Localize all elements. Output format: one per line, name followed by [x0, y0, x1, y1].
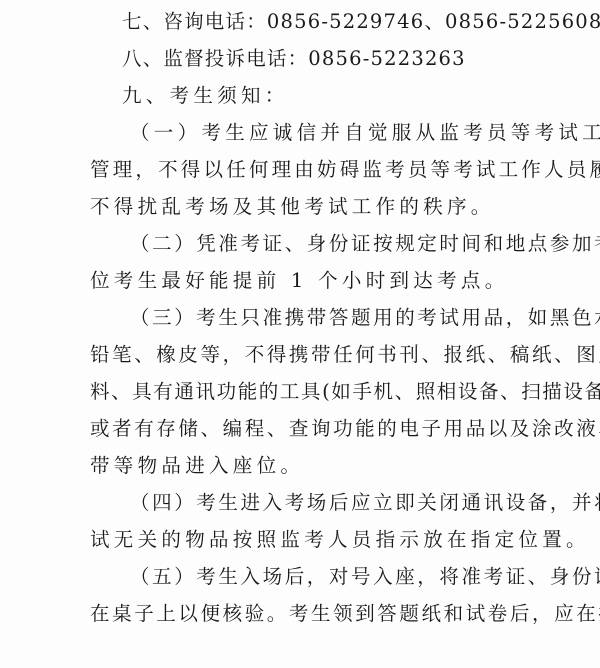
notice-item-3-line-3: 料、具有通讯功能的工具(如手机、照相设备、扫描设备等)	[90, 380, 530, 404]
notice-item-1-line-3: 不得扰乱考场及其他考试工作的秩序。	[90, 195, 530, 219]
notice-item-3-line-4: 或者有存储、编程、查询功能的电子用品以及涂改液、修正	[90, 417, 530, 441]
notice-item-1-line-1: （一）考生应诚信并自觉服从监考员等考试工作人员的	[130, 121, 570, 145]
notice-item-1-line-2: 管理，不得以任何理由妨碍监考员等考试工作人员履行职责，	[90, 158, 530, 182]
notice-item-3-line-1: （三）考生只准携带答题用的考试用品，如黑色水性笔、	[130, 306, 570, 330]
notice-item-5-line-2: 在桌子上以便核验。考生领到答题纸和试卷后，应在指定位	[90, 602, 530, 626]
notice-item-5-line-1: （五）考生入场后，对号入座，将准考证、身份证件放	[130, 565, 570, 589]
notice-item-2-line-2: 位考生最好能提前 1 个小时到达考点。	[90, 269, 530, 293]
notice-item-4-line-2: 试无关的物品按照监考人员指示放在指定位置。	[90, 528, 530, 552]
document-page: 七、咨询电话：0856-5229746、0856-5225608 八、监督投诉电…	[0, 0, 600, 668]
notice-item-3-line-2: 铅笔、橡皮等，不得携带任何书刊、报纸、稿纸、图片、资	[90, 343, 530, 367]
notice-item-3-line-5: 带等物品进入座位。	[90, 454, 530, 478]
notice-item-2-line-1: （二）凭准考证、身份证按规定时间和地点参加考试(各	[130, 232, 570, 256]
complaint-phone-line: 八、监督投诉电话：0856-5223263	[122, 47, 562, 71]
notice-heading: 九、考生须知：	[122, 84, 562, 108]
notice-item-4-line-1: （四）考生进入考场后应立即关闭通讯设备，并将与考	[130, 491, 570, 515]
consult-phone-line: 七、咨询电话：0856-5229746、0856-5225608	[122, 10, 562, 34]
